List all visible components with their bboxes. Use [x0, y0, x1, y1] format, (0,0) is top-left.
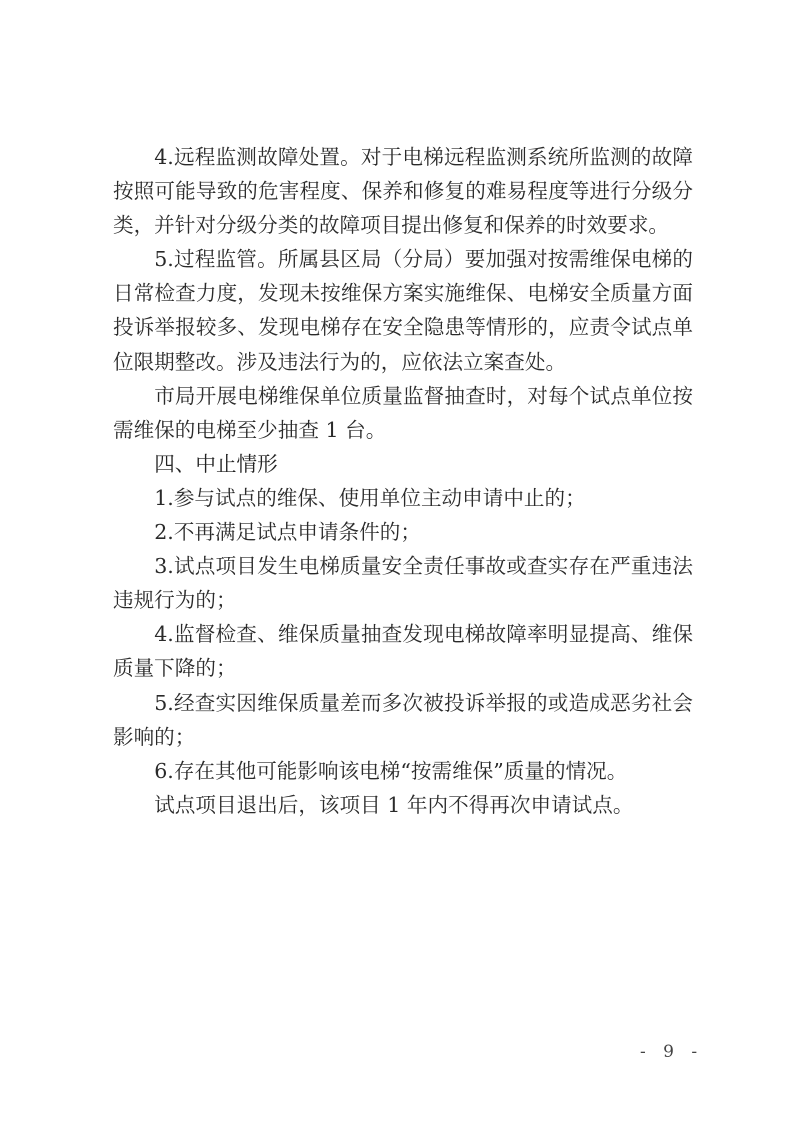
paragraph-withdrawal-note: 试点项目退出后，该项目 1 年内不得再次申请试点。	[113, 788, 693, 822]
paragraph-remote-monitoring: 4.远程监测故障处置。对于电梯远程监测系统所监测的故障按照可能导致的危害程度、保…	[113, 140, 693, 242]
paragraph-process-supervision: 5.过程监管。所属县区局（分局）要加强对按需维保电梯的日常检查力度，发现未按维保…	[113, 242, 693, 378]
section-heading-termination: 四、中止情形	[113, 447, 693, 481]
list-item-termination-3: 3.试点项目发生电梯质量安全责任事故或查实存在严重违法违规行为的；	[113, 549, 693, 617]
page-number: - 9 -	[640, 1042, 703, 1062]
document-page: 4.远程监测故障处置。对于电梯远程监测系统所监测的故障按照可能导致的危害程度、保…	[0, 0, 793, 1123]
list-item-termination-4: 4.监督检查、维保质量抽查发现电梯故障率明显提高、维保质量下降的；	[113, 617, 693, 685]
paragraph-city-spot-check: 市局开展电梯维保单位质量监督抽查时，对每个试点单位按需维保的电梯至少抽查 1 台…	[113, 379, 693, 447]
list-item-termination-1: 1.参与试点的维保、使用单位主动申请中止的；	[113, 481, 693, 515]
document-body: 4.远程监测故障处置。对于电梯远程监测系统所监测的故障按照可能导致的危害程度、保…	[113, 140, 693, 822]
list-item-termination-2: 2.不再满足试点申请条件的；	[113, 515, 693, 549]
list-item-termination-6: 6.存在其他可能影响该电梯“按需维保”质量的情况。	[113, 754, 693, 788]
list-item-termination-5: 5.经查实因维保质量差而多次被投诉举报的或造成恶劣社会影响的；	[113, 686, 693, 754]
